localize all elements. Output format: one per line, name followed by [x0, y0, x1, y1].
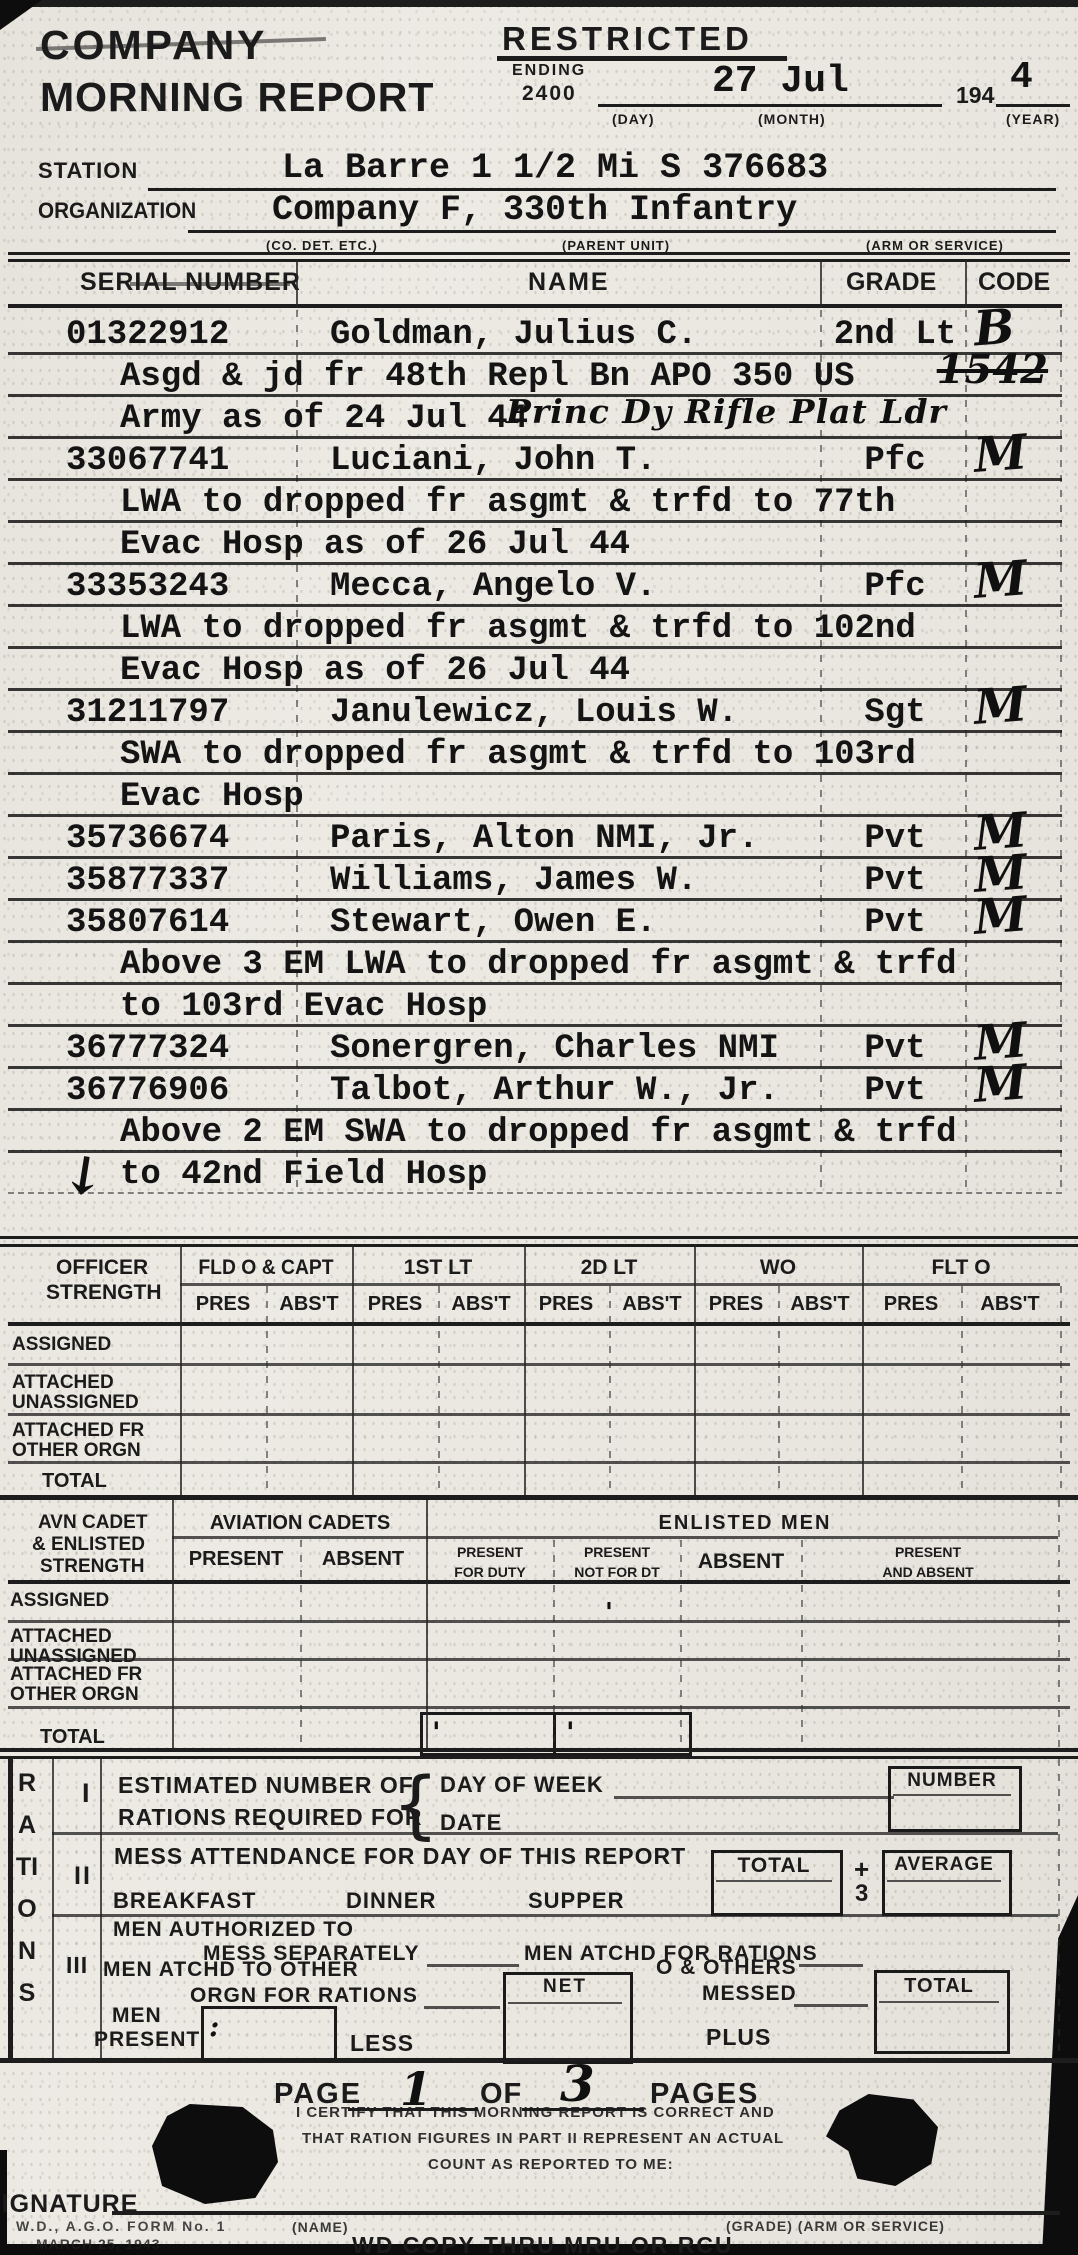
entry-note: Above 2 EM SWA to dropped fr asgmt & trf…: [120, 1114, 957, 1152]
grade-value: Pvt: [820, 904, 970, 942]
grade-value: Pvt: [820, 862, 970, 900]
pen-mark: ↓: [57, 1143, 110, 1210]
em-col-label: PRESENT: [558, 1544, 676, 1560]
rations-row1-numeral: I: [82, 1778, 90, 1809]
year-label: (YEAR): [1006, 111, 1060, 127]
officer-row-label2: UNASSIGNED: [12, 1392, 139, 1414]
officer-subheader-rule: [8, 1322, 1070, 1326]
dinner-label: DINNER: [346, 1888, 436, 1914]
roster-row: LWA to dropped fr asgmt & trfd to 102nd: [8, 604, 1062, 649]
roster-row: LWA to dropped fr asgmt & trfd to 77th: [8, 478, 1062, 523]
code-handwritten: M: [972, 886, 1029, 946]
cadet-row-label: ATTACHED: [10, 1626, 112, 1648]
day-label: (DAY): [612, 111, 655, 127]
messed-label: MESSED: [702, 1982, 797, 2006]
em-col-label2: AND ABSENT: [848, 1564, 1008, 1580]
roster-row: to 42nd Field Hosp: [8, 1150, 1062, 1194]
officer-vdash: [609, 1286, 611, 1495]
orgn-for-rations-line: [424, 2006, 500, 2009]
organization-label: ORGANIZATION: [38, 198, 196, 224]
roster-header-name: NAME: [528, 268, 610, 297]
men-atchd-rations-line: [799, 1964, 863, 1967]
officer-table-title-1: OFFICER: [56, 1256, 148, 1280]
abst-col-label: ABS'T: [955, 1293, 1065, 1316]
cadet-row-label2: OTHER ORGN: [10, 1684, 139, 1706]
roster-row: Evac Hosp: [8, 772, 1062, 817]
roster-row: 01322912 Goldman, Julius C. 2nd Lt B: [8, 310, 1062, 355]
roster-vline-serial: [296, 259, 298, 308]
rations-vline-right: [1058, 1759, 1060, 2058]
roster-row: 36777324 Sonergren, Charles NMI Pvt M: [8, 1024, 1062, 1069]
roster-row: 35807614 Stewart, Owen E. Pvt M: [8, 898, 1062, 943]
grade-value: Pvt: [820, 1030, 970, 1068]
roster-row: Asgd & jd fr 48th Repl Bn APO 350 US 154…: [8, 352, 1062, 397]
officer-vdash: [438, 1286, 440, 1495]
cadet-vdash: [553, 1540, 555, 1748]
code-handwritten: M: [972, 676, 1029, 736]
cadet-table-title-1: AVN CADET: [38, 1512, 147, 1534]
rations-divider-1: [52, 1832, 1058, 1835]
em-col-label: PRESENT: [848, 1544, 1008, 1560]
certification-line3: COUNT AS REPORTED TO ME:: [428, 2156, 674, 2173]
serial-number: 31211797: [66, 694, 229, 732]
form-date: MARCH 25, 1943: [36, 2236, 161, 2252]
ink-blob-right: [826, 2094, 938, 2186]
officer-vline: [180, 1244, 182, 1495]
number-box-inner-line: [893, 1794, 1011, 1796]
divide-sign-bottom: 3: [855, 1880, 868, 1908]
cadet-row-label: TOTAL: [40, 1726, 105, 1749]
cadet-table-top-rule: [0, 1495, 1078, 1500]
copy-routing-note: WD COPY THRU MRU OR RCU: [352, 2232, 734, 2255]
rations-row2-numeral: II: [74, 1862, 92, 1891]
roster-row: to 103rd Evac Hosp: [8, 982, 1062, 1027]
cadet-vdash-right: [1058, 1500, 1060, 1748]
officer-vdash: [961, 1286, 963, 1495]
org-sub-mid: (PARENT UNIT): [562, 238, 670, 253]
rations-row3-numeral: III: [66, 1952, 88, 1979]
entry-note: to 42nd Field Hosp: [120, 1156, 487, 1194]
officer-row-label: ATTACHED FR: [12, 1420, 144, 1442]
entry-note: Above 3 EM LWA to dropped fr asgmt & trf…: [120, 946, 957, 984]
mess-separately-line: [427, 1964, 519, 1967]
supper-label: SUPPER: [528, 1888, 624, 1914]
soldier-name: Sonergren, Charles NMI: [330, 1030, 779, 1068]
handwritten-annotation: 1542: [937, 346, 1048, 393]
morning-report-page: COMPANY MORNING REPORT RESTRICTED ENDING…: [0, 0, 1078, 2255]
roster-top-rule-1: [8, 252, 1070, 255]
colon-pen-mark: :: [209, 2010, 219, 2043]
present-label: PRESENT: [94, 2028, 200, 2052]
day-of-week-label: DAY OF WEEK: [440, 1772, 604, 1798]
serial-number: 36776906: [66, 1072, 229, 1110]
month-label: (MONTH): [758, 111, 826, 127]
cadet-group-underline: [172, 1536, 1058, 1539]
cadet-vdash: [300, 1540, 302, 1748]
rations-side-letters: RATIONS: [14, 1762, 40, 2014]
serial-number: 33353243: [66, 568, 229, 606]
grade-value: Pfc: [820, 568, 970, 606]
em-col-label2: NOT FOR DT: [558, 1564, 676, 1580]
cadet-row-rule: [8, 1620, 1070, 1623]
average-box-label: AVERAGE: [886, 1854, 1002, 1876]
roster-row: 33353243 Mecca, Angelo V. Pfc M: [8, 562, 1062, 607]
cadet-present-label: PRESENT: [176, 1548, 296, 1571]
officer-vdash-right: [1060, 1286, 1062, 1495]
soldier-name: Stewart, Owen E.: [330, 904, 656, 942]
soldier-name: Paris, Alton NMI, Jr.: [330, 820, 758, 858]
enlisted-men-group-label: ENLISTED MEN: [600, 1512, 890, 1535]
soldier-name: Luciani, John T.: [330, 442, 656, 480]
cadet-row-rule: [8, 1658, 1070, 1661]
smear-line: [130, 282, 290, 286]
officer-row-rule: [8, 1413, 1070, 1416]
rations-vline-numerals: [100, 1759, 102, 2058]
total-pen-mark: ': [432, 1716, 441, 1749]
ending-label: ENDING: [512, 62, 586, 80]
officer-row-label: ASSIGNED: [12, 1334, 111, 1356]
code-handwritten: M: [972, 1054, 1029, 1114]
officer-vline: [694, 1244, 696, 1495]
em-col-label: PRESENT: [432, 1544, 548, 1560]
entry-note: SWA to dropped fr asgmt & trfd to 103rd: [120, 736, 916, 774]
roster-row: Evac Hosp as of 26 Jul 44: [8, 646, 1062, 691]
classification-stamp: RESTRICTED: [502, 20, 753, 58]
men-atchd-other-label: MEN ATCHD TO OTHER: [103, 1958, 359, 1982]
cadet-row-label: ATTACHED FR: [10, 1664, 142, 1686]
net-box-inner-line: [508, 2002, 622, 2004]
entry-note: Evac Hosp as of 26 Jul 44: [120, 652, 630, 690]
rations-side-label: RATIONS: [14, 1762, 40, 2014]
roster-vline-grade: [820, 259, 822, 308]
men-label: MEN: [112, 2004, 162, 2028]
serial-number: 35736674: [66, 820, 229, 858]
em-col-label2: FOR DUTY: [432, 1564, 548, 1580]
grade-value: Sgt: [820, 694, 970, 732]
cadet-table-title-3: STRENGTH: [40, 1556, 145, 1578]
cadet-vdash: [801, 1540, 803, 1748]
officer-row-rule: [8, 1461, 1070, 1464]
entry-note: Army as of 24 Jul 44: [120, 400, 528, 438]
mess-attendance-label: MESS ATTENDANCE FOR DAY OF THIS REPORT: [114, 1843, 686, 1870]
code-handwritten: M: [972, 424, 1029, 484]
officer-table-top-rule-1: [0, 1236, 1078, 1239]
roster-row: 31211797 Janulewicz, Louis W. Sgt M: [8, 688, 1062, 733]
entry-note: Evac Hosp: [120, 778, 304, 816]
officer-group-underline: [180, 1283, 1060, 1286]
officer-group-label: FLT O: [881, 1256, 1041, 1280]
roster-top-rule-2: [8, 259, 1070, 262]
roster-row: Army as of 24 Jul 44 Princ Dy Rifle Plat…: [8, 394, 1062, 439]
orgn-for-rations-label: ORGN FOR RATIONS: [190, 1984, 418, 2008]
name-label: (NAME): [292, 2219, 349, 2235]
org-sub-left: (CO. DET. ETC.): [266, 238, 378, 253]
rations-top-rule-2: [0, 1756, 1078, 1759]
stray-pen-mark: ': [605, 1598, 613, 1628]
number-box-label: NUMBER: [892, 1770, 1012, 1792]
serial-number: 35877337: [66, 862, 229, 900]
handwritten-annotation: Princ Dy Rifle Plat Ldr: [506, 392, 947, 431]
soldier-name: Williams, James W.: [330, 862, 697, 900]
organization-value: Company F, 330th Infantry: [272, 190, 797, 230]
roster-row: 33067741 Luciani, John T. Pfc M: [8, 436, 1062, 481]
rations-brace: {: [392, 1762, 439, 1848]
men-authorized-label: MEN AUTHORIZED TO: [113, 1918, 354, 1942]
organization-line: [188, 230, 1056, 233]
roster-row: Above 2 EM SWA to dropped fr asgmt & trf…: [8, 1108, 1062, 1153]
rations-row1-label1: ESTIMATED NUMBER OF: [118, 1772, 414, 1799]
entry-note: LWA to dropped fr asgmt & trfd to 102nd: [120, 610, 916, 648]
rations-vline-letters: [52, 1759, 54, 2058]
rations-row1-label2: RATIONS REQUIRED FOR: [118, 1804, 423, 1831]
entry-note: Evac Hosp as of 26 Jul 44: [120, 526, 630, 564]
rations-divider-2: [52, 1914, 1058, 1917]
certification-line1: I CERTIFY THAT THIS MORNING REPORT IS CO…: [296, 2104, 775, 2121]
messed-line: [794, 2004, 868, 2007]
roster-row: 35877337 Williams, James W. Pvt M: [8, 856, 1062, 901]
form-title-line2: MORNING REPORT: [40, 74, 434, 121]
serial-number: 35807614: [66, 904, 229, 942]
cadet-row-rule: [8, 1706, 1070, 1709]
soldier-name: Talbot, Arthur W., Jr.: [330, 1072, 779, 1110]
cadet-vline: [426, 1500, 428, 1748]
report-date-value: 27 Jul: [712, 60, 849, 103]
year-prefix: 194: [956, 82, 994, 109]
officer-vdash: [778, 1286, 780, 1495]
grade-value: Pfc: [820, 442, 970, 480]
ending-time: 2400: [522, 82, 577, 106]
roster-header-code: CODE: [978, 268, 1050, 297]
roster-row: 35736674 Paris, Alton NMI, Jr. Pvt M: [8, 814, 1062, 859]
serial-number: 33067741: [66, 442, 229, 480]
entry-note: LWA to dropped fr asgmt & trfd to 77th: [120, 484, 895, 522]
cadet-vline: [172, 1500, 174, 1748]
officer-vline: [524, 1244, 526, 1495]
roster-header-bottom-rule: [8, 304, 1062, 308]
rations-total-label: TOTAL: [878, 1975, 1000, 1998]
officer-vline: [862, 1244, 864, 1495]
serial-number: 01322912: [66, 316, 229, 354]
em-absent-label: ABSENT: [682, 1550, 800, 1574]
entry-note: to 103rd Evac Hosp: [120, 988, 487, 1026]
entry-note: Asgd & jd fr 48th Repl Bn APO 350 US: [120, 358, 855, 396]
officer-table-title-2: STRENGTH: [46, 1281, 162, 1305]
officer-group-label: 1ST LT: [358, 1256, 518, 1280]
scan-edge-right: [1042, 1895, 1078, 2255]
code-handwritten: M: [972, 550, 1029, 610]
station-value: La Barre 1 1/2 Mi S 376683: [282, 148, 828, 188]
roster-vline-code: [965, 259, 967, 308]
soldier-name: Goldman, Julius C.: [330, 316, 697, 354]
mess-total-label: TOTAL: [715, 1854, 833, 1878]
officer-vdash: [266, 1286, 268, 1495]
roster-row: SWA to dropped fr asgmt & trfd to 103rd: [8, 730, 1062, 775]
roster-row: 36776906 Talbot, Arthur W., Jr. Pvt M: [8, 1066, 1062, 1111]
serial-number: 36777324: [66, 1030, 229, 1068]
rations-top-rule-1: [0, 1748, 1078, 1752]
officer-table-top-rule-2: [0, 1244, 1078, 1247]
average-box-inner-line: [887, 1880, 1001, 1882]
cadet-vdash: [680, 1540, 682, 1748]
pres-col-label: PRES: [856, 1293, 966, 1316]
roster-header-grade: GRADE: [846, 268, 936, 297]
rations-total-inner-line: [879, 2001, 999, 2003]
grade-value: Pvt: [820, 1072, 970, 1110]
cadet-absent-label: ABSENT: [303, 1548, 423, 1571]
officer-group-label: WO: [698, 1256, 858, 1280]
aviation-cadets-group-label: AVIATION CADETS: [180, 1512, 420, 1535]
net-box-label: NET: [507, 1976, 623, 1998]
day-of-week-line: [614, 1796, 894, 1799]
certification-line2: THAT RATION FIGURES IN PART II REPRESENT…: [302, 2130, 784, 2147]
rations-left-edge: [8, 1756, 13, 2061]
less-label: LESS: [350, 2030, 414, 2057]
officer-row-label: ATTACHED: [12, 1372, 114, 1394]
station-label: STATION: [38, 158, 138, 184]
officer-group-label: 2D LT: [529, 1256, 689, 1280]
grade-arm-label: (GRADE) (ARM OR SERVICE): [726, 2218, 945, 2234]
soldier-name: Mecca, Angelo V.: [330, 568, 656, 606]
roster-row: Above 3 EM LWA to dropped fr asgmt & trf…: [8, 940, 1062, 985]
soldier-name: Janulewicz, Louis W.: [330, 694, 738, 732]
officer-vline: [352, 1244, 354, 1495]
date-line: [598, 104, 942, 107]
year-digit: 4: [1010, 56, 1033, 99]
ink-blob-left: [152, 2104, 278, 2204]
signature-line: [112, 2211, 1060, 2215]
o-and-others-label: O & OTHERS: [656, 1956, 797, 1980]
officer-row-label2: OTHER ORGN: [12, 1440, 141, 1462]
officer-group-label: FLD O & CAPT: [192, 1256, 339, 1280]
total-pen-mark: ': [566, 1716, 575, 1749]
men-present-box: [201, 2006, 337, 2062]
mess-total-inner-line: [716, 1880, 832, 1882]
org-sub-right: (ARM OR SERVICE): [866, 238, 1004, 253]
officer-row-label: TOTAL: [42, 1470, 107, 1493]
form-number: W.D., A.G.O. FORM No. 1: [16, 2218, 226, 2234]
grade-value: Pvt: [820, 820, 970, 858]
scan-edge-top: [0, 0, 1078, 7]
cadet-subheader-rule: [8, 1580, 1070, 1584]
plus-label: PLUS: [706, 2024, 771, 2051]
year-line: [996, 104, 1070, 107]
breakfast-label: BREAKFAST: [113, 1888, 256, 1914]
cadet-row-label: ASSIGNED: [10, 1590, 109, 1612]
cadet-table-title-2: & ENLISTED: [32, 1534, 145, 1556]
officer-row-rule: [8, 1363, 1070, 1366]
roster-row: Evac Hosp as of 26 Jul 44: [8, 520, 1062, 565]
